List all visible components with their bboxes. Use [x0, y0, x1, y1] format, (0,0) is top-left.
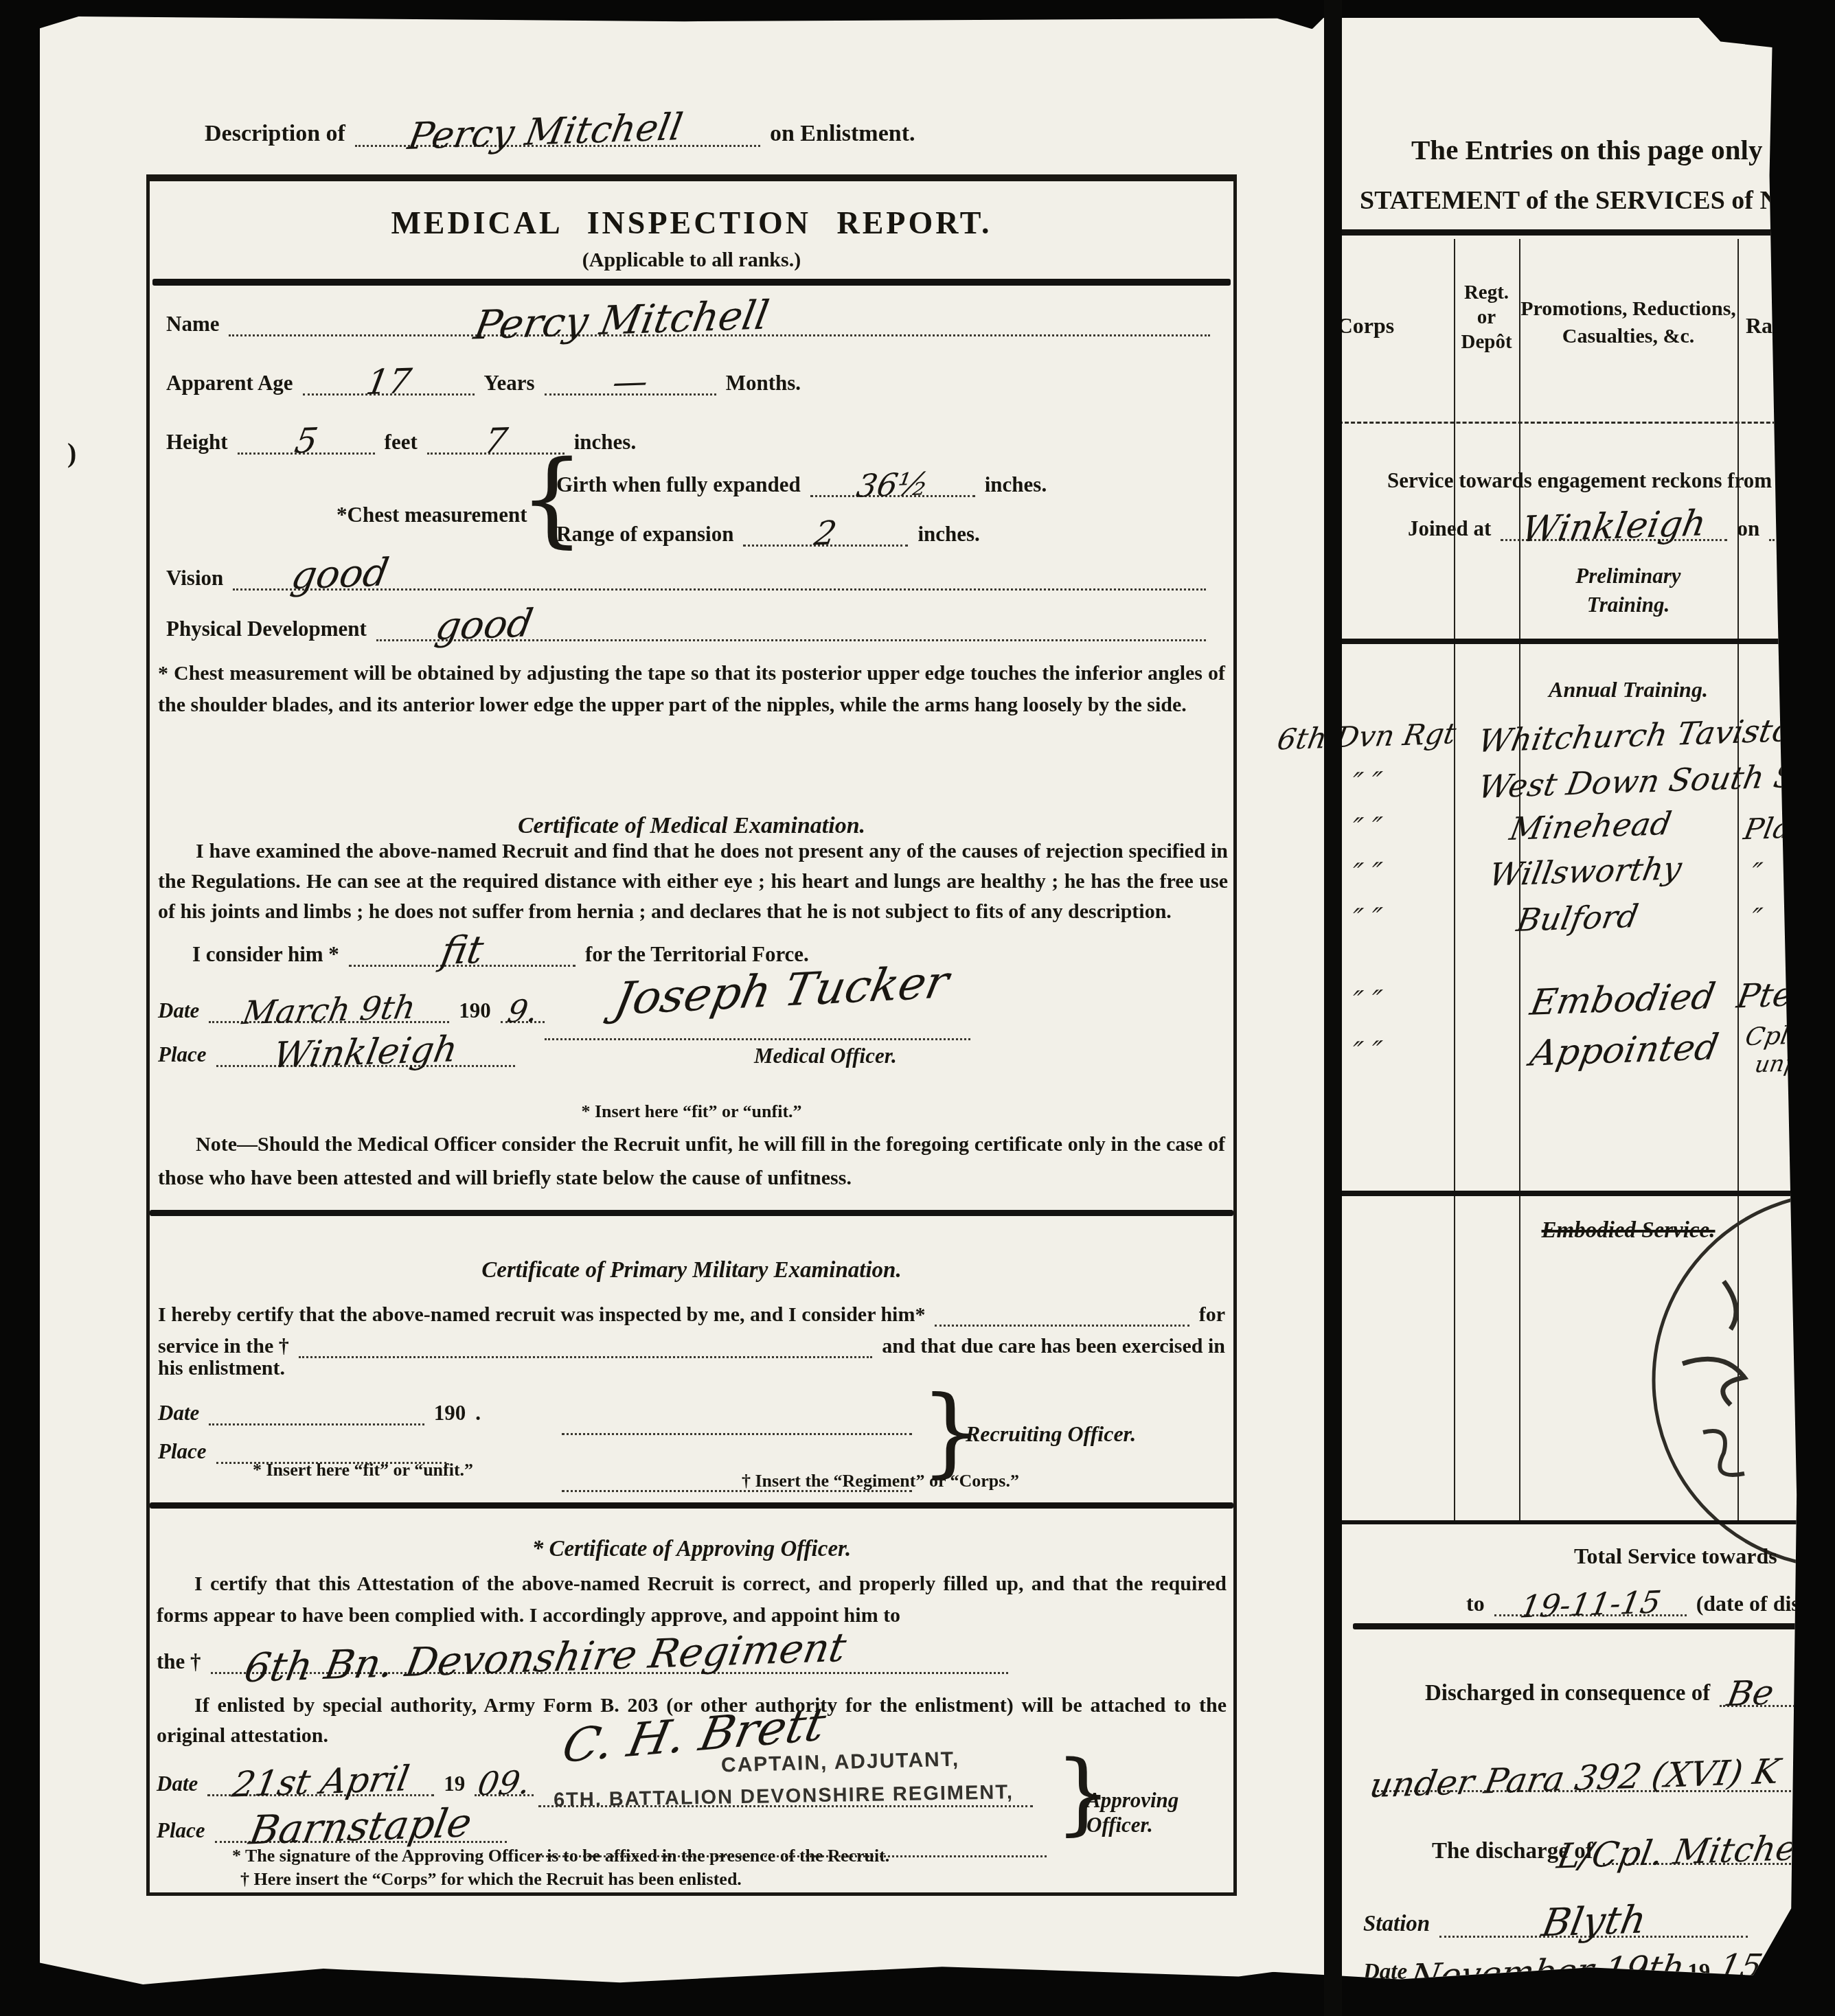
preliminary-line2: Training. [1519, 591, 1737, 619]
approving-date-label: Date [157, 1772, 198, 1796]
approving-footnote-signature: * The signature of the Approving Officer… [232, 1846, 889, 1866]
preliminary-training-header: Preliminary Training. [1519, 562, 1737, 619]
expansion-value: 2 [812, 516, 839, 550]
station-value: Blyth [1538, 1901, 1648, 1943]
joined-at-field: Joined at Winkleigh on 9 [1408, 500, 1808, 541]
age-label: Apparent Age [166, 371, 293, 396]
approving-corps-line: 6th Bn. Devonshire Regiment [211, 1666, 1008, 1674]
service-reckons-line: 9 [1781, 485, 1808, 493]
vision-value: good [288, 554, 391, 596]
inches-value: 7 [481, 423, 510, 458]
table-row-corps: 6th Dvn Rgt [1274, 719, 1459, 754]
consider-prefix: I consider him * [192, 942, 339, 967]
service-reckons-label: Service towards engagement reckons from [1387, 468, 1772, 493]
section-divider [150, 1210, 1233, 1216]
preliminary-line1: Preliminary [1519, 562, 1737, 591]
approving-officer-label: Approving Officer. [1086, 1788, 1233, 1837]
rank-header: Ran [1746, 313, 1785, 339]
months-label: Months. [726, 371, 801, 396]
final-date-field: Date November 19th 19 15. [1363, 1945, 1789, 1986]
adjutant-stamp-line2: 6TH. BATTALION DEVONSHIRE REGIMENT, [554, 1781, 1014, 1812]
months-line: — [545, 388, 716, 396]
name-field: Name Percy Mitchell [166, 297, 1210, 336]
page-gutter-shadow [1324, 0, 1342, 2016]
discharged-consequence-line: Be [1720, 1699, 1808, 1707]
consider-value: fit [438, 931, 486, 971]
primary-signature-line1 [562, 1428, 912, 1435]
approving-corps-value: 6th Bn. Devonshire Regiment [242, 1627, 850, 1688]
medical-place-field: Place Winkleigh [158, 1026, 515, 1067]
physical-value: good [433, 605, 536, 647]
feet-value: 5 [292, 423, 320, 458]
final-date-value: November 19th [1407, 1950, 1687, 1994]
medical-place-value: Winkleigh [271, 1031, 460, 1073]
consider-line: fit [349, 959, 575, 967]
girth-line: 36½ [810, 490, 975, 497]
medical-cert-title: Certificate of Medical Examination. [150, 813, 1233, 839]
embodied-entry: Embodied [1527, 978, 1718, 1020]
approving-cert-body: I certify that this Attestation of the a… [157, 1568, 1227, 1631]
heavy-rule [152, 279, 1231, 286]
medical-officer-signature: Joseph Tucker [582, 958, 981, 1023]
description-suffix: on Enlistment. [770, 120, 915, 147]
consider-field: I consider him * fit for the Territorial… [192, 927, 920, 967]
primary-place-field: Place [158, 1428, 446, 1464]
recruiting-officer-label: Recruiting Officer. [966, 1421, 1136, 1447]
medical-date-field: Date March 9th 190 9. [158, 982, 597, 1023]
discharge-para-value: under Para 392 (XVI) K [1367, 1754, 1783, 1803]
table-bottom-rule [1332, 1520, 1808, 1524]
approving-place-line: Barnstaple [215, 1835, 507, 1843]
primary-line2-start: service in the † [158, 1335, 289, 1359]
to-line: 19-11-15 [1494, 1609, 1687, 1616]
approving-year-line: 09. [475, 1789, 534, 1796]
medical-footnote: * Insert here “fit” or “unfit.” [150, 1101, 1233, 1122]
height-label: Height [166, 430, 228, 455]
discharge-para-field: under Para 392 (XVI) K [1377, 1748, 1808, 1792]
primary-cert-title: Certificate of Primary Military Examinat… [150, 1258, 1233, 1283]
table-row-rank: ″ [1748, 860, 1764, 887]
primary-year-suffix: . [475, 1401, 481, 1425]
physical-label: Physical Development [166, 617, 367, 641]
station-field: Station Blyth [1363, 1897, 1748, 1938]
primary-footnote-fit: * Insert here “fit” or “unfit.” [253, 1460, 473, 1480]
embodied-rank: Pte [1734, 978, 1795, 1013]
discharge-of-line: L/Cpl. Mitchell P [1603, 1857, 1808, 1865]
header-underline [1332, 422, 1808, 424]
primary-date-line [209, 1418, 424, 1425]
name-label: Name [166, 312, 219, 336]
statement-title: STATEMENT of the SERVICES of No. [1360, 185, 1798, 216]
joined-at-label: Joined at [1408, 516, 1491, 541]
table-row-entry: Bulford [1514, 900, 1641, 936]
medical-officer-role: Medical Officer. [754, 1044, 897, 1068]
medical-inspection-report-page: ) Description of Percy Mitchell on Enlis… [40, 16, 1329, 1984]
primary-line2-blank [299, 1351, 872, 1358]
section-divider-2 [150, 1502, 1233, 1509]
age-field: Apparent Age 17 Years — Months. [166, 356, 853, 396]
physical-line: good [376, 634, 1206, 641]
regt-header-line2: or [1454, 305, 1519, 330]
table-row-rank: ″ [1748, 905, 1764, 932]
medical-cert-body: I have examined the above-named Recruit … [158, 836, 1228, 927]
primary-line3: his enlistment. [158, 1357, 285, 1380]
table-row-entry: Willsworthy [1487, 852, 1684, 891]
physical-field: Physical Development good [166, 602, 1206, 641]
girth-field: Girth when fully expanded 36½ inches. [556, 459, 1092, 497]
table-row-corps: ″ ″ [1275, 811, 1459, 845]
preliminary-bottom-rule [1332, 639, 1808, 644]
table-row-entry: Minehead [1507, 807, 1674, 845]
discharged-consequence-field: Discharged in consequence of Be [1425, 1667, 1808, 1707]
description-prefix: Description of [205, 120, 345, 147]
report-subtitle: (Applicable to all ranks.) [150, 249, 1233, 272]
primary-date-label: Date [158, 1401, 199, 1425]
medical-date-value: March 9th [240, 992, 418, 1030]
table-row-corps: ″ ″ [1275, 856, 1459, 890]
circular-stamp [1566, 1185, 1808, 1597]
description-name-line: Percy Mitchell [355, 139, 760, 147]
medical-note: Note—Should the Medical Officer consider… [158, 1127, 1225, 1195]
recruit-name-handwritten: Percy Mitchell [405, 108, 685, 155]
expansion-label: Range of expansion [556, 522, 733, 547]
appointed-corps: ″ ″ [1275, 1035, 1459, 1068]
approving-date-value: 21st April [230, 1762, 412, 1803]
joined-date-line: 9 [1769, 534, 1808, 541]
statement-of-services-page: The Entries on this page only requ STATE… [1264, 18, 1808, 1987]
primary-place-label: Place [158, 1439, 207, 1464]
service-reckons-value: 9 [1781, 463, 1808, 496]
date-of-discharge-label: (date of discharge) [1696, 1591, 1835, 1616]
discharge-date-field: to 19-11-15 (date of discharge) [1466, 1578, 1808, 1616]
final-year-value: 15. [1716, 1947, 1776, 1986]
medical-year-prefix: 190 [459, 998, 491, 1023]
chest-note: * Chest measurement will be obtained by … [158, 658, 1225, 721]
page-banner: The Entries on this page only requ [1411, 133, 1825, 166]
station-line: Blyth [1439, 1930, 1748, 1938]
discharge-para-line: under Para 392 (XVI) K [1377, 1785, 1808, 1792]
corps-header: Corps [1277, 313, 1454, 339]
medical-place-label: Place [158, 1042, 207, 1067]
height-field: Height 5 feet 7 inches. [166, 415, 784, 455]
feet-label: feet [385, 430, 418, 455]
appointed-rank-line1: Cpl. [1744, 1024, 1799, 1051]
totals-bottom-rule [1353, 1623, 1808, 1629]
approving-cert-title: * Certificate of Approving Officer. [150, 1537, 1233, 1562]
primary-line1: I hereby certify that the above-named re… [158, 1294, 1225, 1327]
final-date-label: Date [1363, 1960, 1407, 1986]
embodied-corps: ″ ″ [1275, 984, 1459, 1018]
promotions-header-line1: Promotions, Reductions, [1519, 295, 1737, 323]
girth-value: 36½ [854, 468, 931, 502]
primary-date-field: Date 190 . [158, 1390, 481, 1425]
service-reckons-field: Service towards engagement reckons from … [1387, 455, 1808, 493]
approving-year-value: 09. [475, 1767, 533, 1801]
table-row-corps: ″ ″ [1275, 766, 1459, 799]
approving-place-label: Place [157, 1818, 205, 1843]
statement-heavy-rule [1332, 229, 1808, 236]
name-value: Percy Mitchell [471, 295, 772, 345]
regt-header-line1: Regt. [1454, 280, 1519, 305]
feet-line: 5 [238, 447, 375, 455]
regt-header: Regt. or Depôt [1454, 280, 1519, 354]
years-label: Years [484, 371, 535, 396]
chest-label: *Chest measurement [337, 503, 527, 527]
joined-date-value: 9 [1775, 511, 1801, 545]
approving-place-value: Barnstaple [247, 1802, 475, 1850]
promotions-header-line2: Casualties, &c. [1519, 323, 1737, 350]
description-line: Description of Percy Mitchell on Enlistm… [205, 107, 1097, 147]
approving-corps-field: the † 6th Bn. Devonshire Regiment [157, 1625, 1008, 1674]
joined-place-line: Winkleigh [1501, 534, 1727, 541]
final-year-prefix: 19 [1687, 1960, 1710, 1986]
primary-line1-end: for [1199, 1303, 1225, 1327]
to-label: to [1466, 1591, 1485, 1616]
vision-field: Vision good [166, 551, 1206, 591]
statement-number: 7 [1770, 172, 1803, 214]
joined-place-value: Winkleigh [1519, 505, 1709, 547]
girth-unit: inches. [985, 472, 1047, 497]
age-line: 17 [303, 388, 475, 396]
approving-date-line: 21st April [207, 1789, 434, 1796]
consider-suffix: for the Territorial Force. [585, 942, 809, 967]
approving-place-field: Place Barnstaple [157, 1799, 507, 1843]
medical-date-line: March 9th [209, 1016, 449, 1023]
girth-label: Girth when fully expanded [556, 472, 801, 497]
table-row-entry: Whitchurch Tavisto [1476, 714, 1794, 757]
months-value: — [610, 364, 650, 400]
discharged-consequence-value: Be [1724, 1675, 1777, 1711]
regt-header-line3: Depôt [1454, 330, 1519, 354]
medical-year-value: 9. [505, 995, 540, 1027]
primary-year-prefix: 190 [434, 1401, 466, 1425]
to-value: 19-11-15 [1518, 1586, 1663, 1622]
vision-label: Vision [166, 566, 223, 591]
appointed-rank-line2: unpd [1753, 1051, 1816, 1076]
age-value: 17 [363, 364, 413, 400]
discharge-of-value: L/Cpl. Mitchell P [1555, 1829, 1835, 1874]
primary-line2-end: and that due care has been exercised in [882, 1335, 1225, 1359]
medical-place-line: Winkleigh [216, 1059, 515, 1067]
joined-on-label: on [1737, 516, 1759, 541]
table-row-corps: ″ ″ [1275, 902, 1459, 935]
primary-line1-text: I hereby certify that the above-named re… [158, 1303, 925, 1327]
annual-training-header: Annual Training. [1519, 677, 1737, 702]
final-date-line: November 19th [1417, 1978, 1678, 1986]
vision-line: good [233, 583, 1206, 591]
medical-date-label: Date [158, 998, 199, 1023]
medical-year-line: 9. [501, 1016, 545, 1023]
table-row-entry: West Down South Sali [1476, 759, 1835, 803]
expansion-line: 2 [743, 539, 908, 547]
approving-year-prefix: 19 [444, 1772, 465, 1796]
name-line: Percy Mitchell [229, 329, 1210, 336]
approving-footnote-corps: † Here insert the “Corps” for which the … [240, 1869, 742, 1890]
discharged-consequence-label: Discharged in consequence of [1425, 1681, 1710, 1707]
discharge-of-field: The discharge of L/Cpl. Mitchell P [1432, 1822, 1808, 1865]
total-service-label: Total Service towards [1574, 1544, 1777, 1569]
expansion-unit: inches. [917, 522, 979, 547]
primary-line2: service in the † and that due care has b… [158, 1325, 1225, 1358]
report-box: MEDICAL INSPECTION REPORT. (Applicable t… [146, 174, 1237, 1896]
stray-mark: ) [67, 437, 76, 469]
approving-date-field: Date 21st April 19 09. [157, 1755, 548, 1796]
promotions-header: Promotions, Reductions, Casualties, &c. [1519, 295, 1737, 350]
approving-corps-prefix: the † [157, 1649, 201, 1674]
station-label: Station [1363, 1912, 1430, 1938]
table-row-rank: Pla [1742, 814, 1793, 844]
primary-footnote-corps: † Insert the “Regiment” or “Corps.” [742, 1471, 1019, 1491]
expansion-field: Range of expansion 2 inches. [556, 508, 1051, 547]
appointed-entry: Appointed [1527, 1029, 1721, 1071]
report-title: MEDICAL INSPECTION REPORT. [150, 205, 1233, 241]
medical-signature-line [545, 1033, 970, 1040]
